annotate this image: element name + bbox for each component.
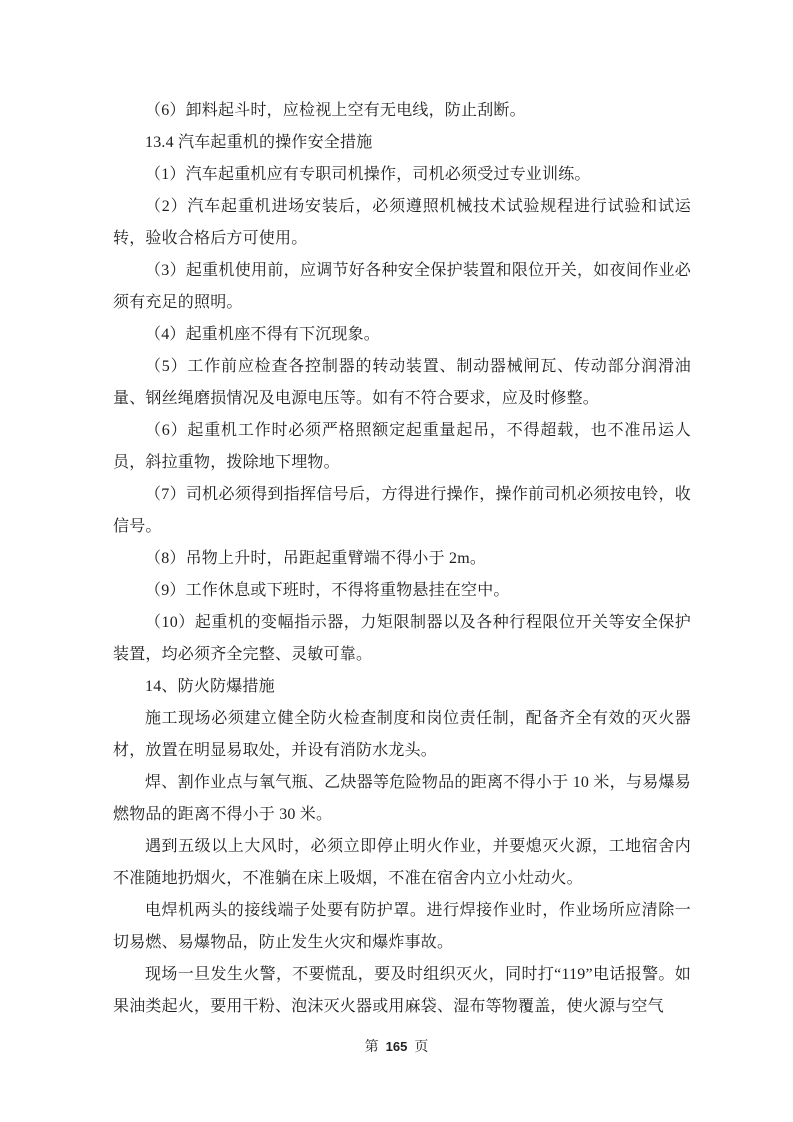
paragraph: 焊、割作业点与氧气瓶、乙炔器等危险物品的距离不得小于 10 米，与易爆易燃物品的…: [113, 767, 691, 831]
paragraph: （3）起重机使用前，应调节好各种安全保护装置和限位开关，如夜间作业必须有充足的照…: [113, 255, 691, 319]
paragraph: （1）汽车起重机应有专职司机操作，司机必须受过专业训练。: [113, 159, 691, 191]
footer-suffix: 页: [414, 1036, 428, 1056]
paragraph: （7）司机必须得到指挥信号后，方得进行操作，操作前司机必须按电铃，收信号。: [113, 479, 691, 543]
section-heading-14: 14、防火防爆措施: [113, 671, 691, 703]
section-heading-13-4: 13.4 汽车起重机的操作安全措施: [113, 127, 691, 159]
paragraph: 施工现场必须建立健全防火检查制度和岗位责任制，配备齐全有效的灭火器材，放置在明显…: [113, 703, 691, 767]
footer-prefix: 第: [365, 1036, 379, 1056]
page-number: 165: [386, 1039, 408, 1054]
paragraph: 遇到五级以上大风时，必须立即停止明火作业，并要熄灭火源，工地宿舍内不准随地扔烟火…: [113, 831, 691, 895]
paragraph: （5）工作前应检查各控制器的转动装置、制动器械闸瓦、传动部分润滑油量、钢丝绳磨损…: [113, 351, 691, 415]
paragraph: （8）吊物上升时，吊距起重臂端不得小于 2m。: [113, 543, 691, 575]
paragraph: （6）卸料起斗时，应检视上空有无电线，防止刮断。: [113, 95, 691, 127]
paragraph: （6）起重机工作时必须严格照额定起重量起吊，不得超载，也不准吊运人员，斜拉重物，…: [113, 415, 691, 479]
paragraph: （10）起重机的变幅指示器，力矩限制器以及各种行程限位开关等安全保护装置，均必须…: [113, 607, 691, 671]
paragraph: （2）汽车起重机进场安装后，必须遵照机械技术试验规程进行试验和试运转，验收合格后…: [113, 191, 691, 255]
page-footer: 第165页: [0, 1036, 793, 1056]
paragraph: 现场一旦发生火警，不要慌乱，要及时组织灭火，同时打“119”电话报警。如果油类起…: [113, 959, 691, 1023]
paragraph: 电焊机两头的接线端子处要有防护罩。进行焊接作业时，作业场所应清除一切易燃、易爆物…: [113, 895, 691, 959]
paragraph: （9）工作休息或下班时，不得将重物悬挂在空中。: [113, 575, 691, 607]
paragraph: （4）起重机座不得有下沉现象。: [113, 319, 691, 351]
document-body: （6）卸料起斗时，应检视上空有无电线，防止刮断。 13.4 汽车起重机的操作安全…: [113, 95, 691, 1023]
document-page: （6）卸料起斗时，应检视上空有无电线，防止刮断。 13.4 汽车起重机的操作安全…: [0, 0, 793, 1122]
